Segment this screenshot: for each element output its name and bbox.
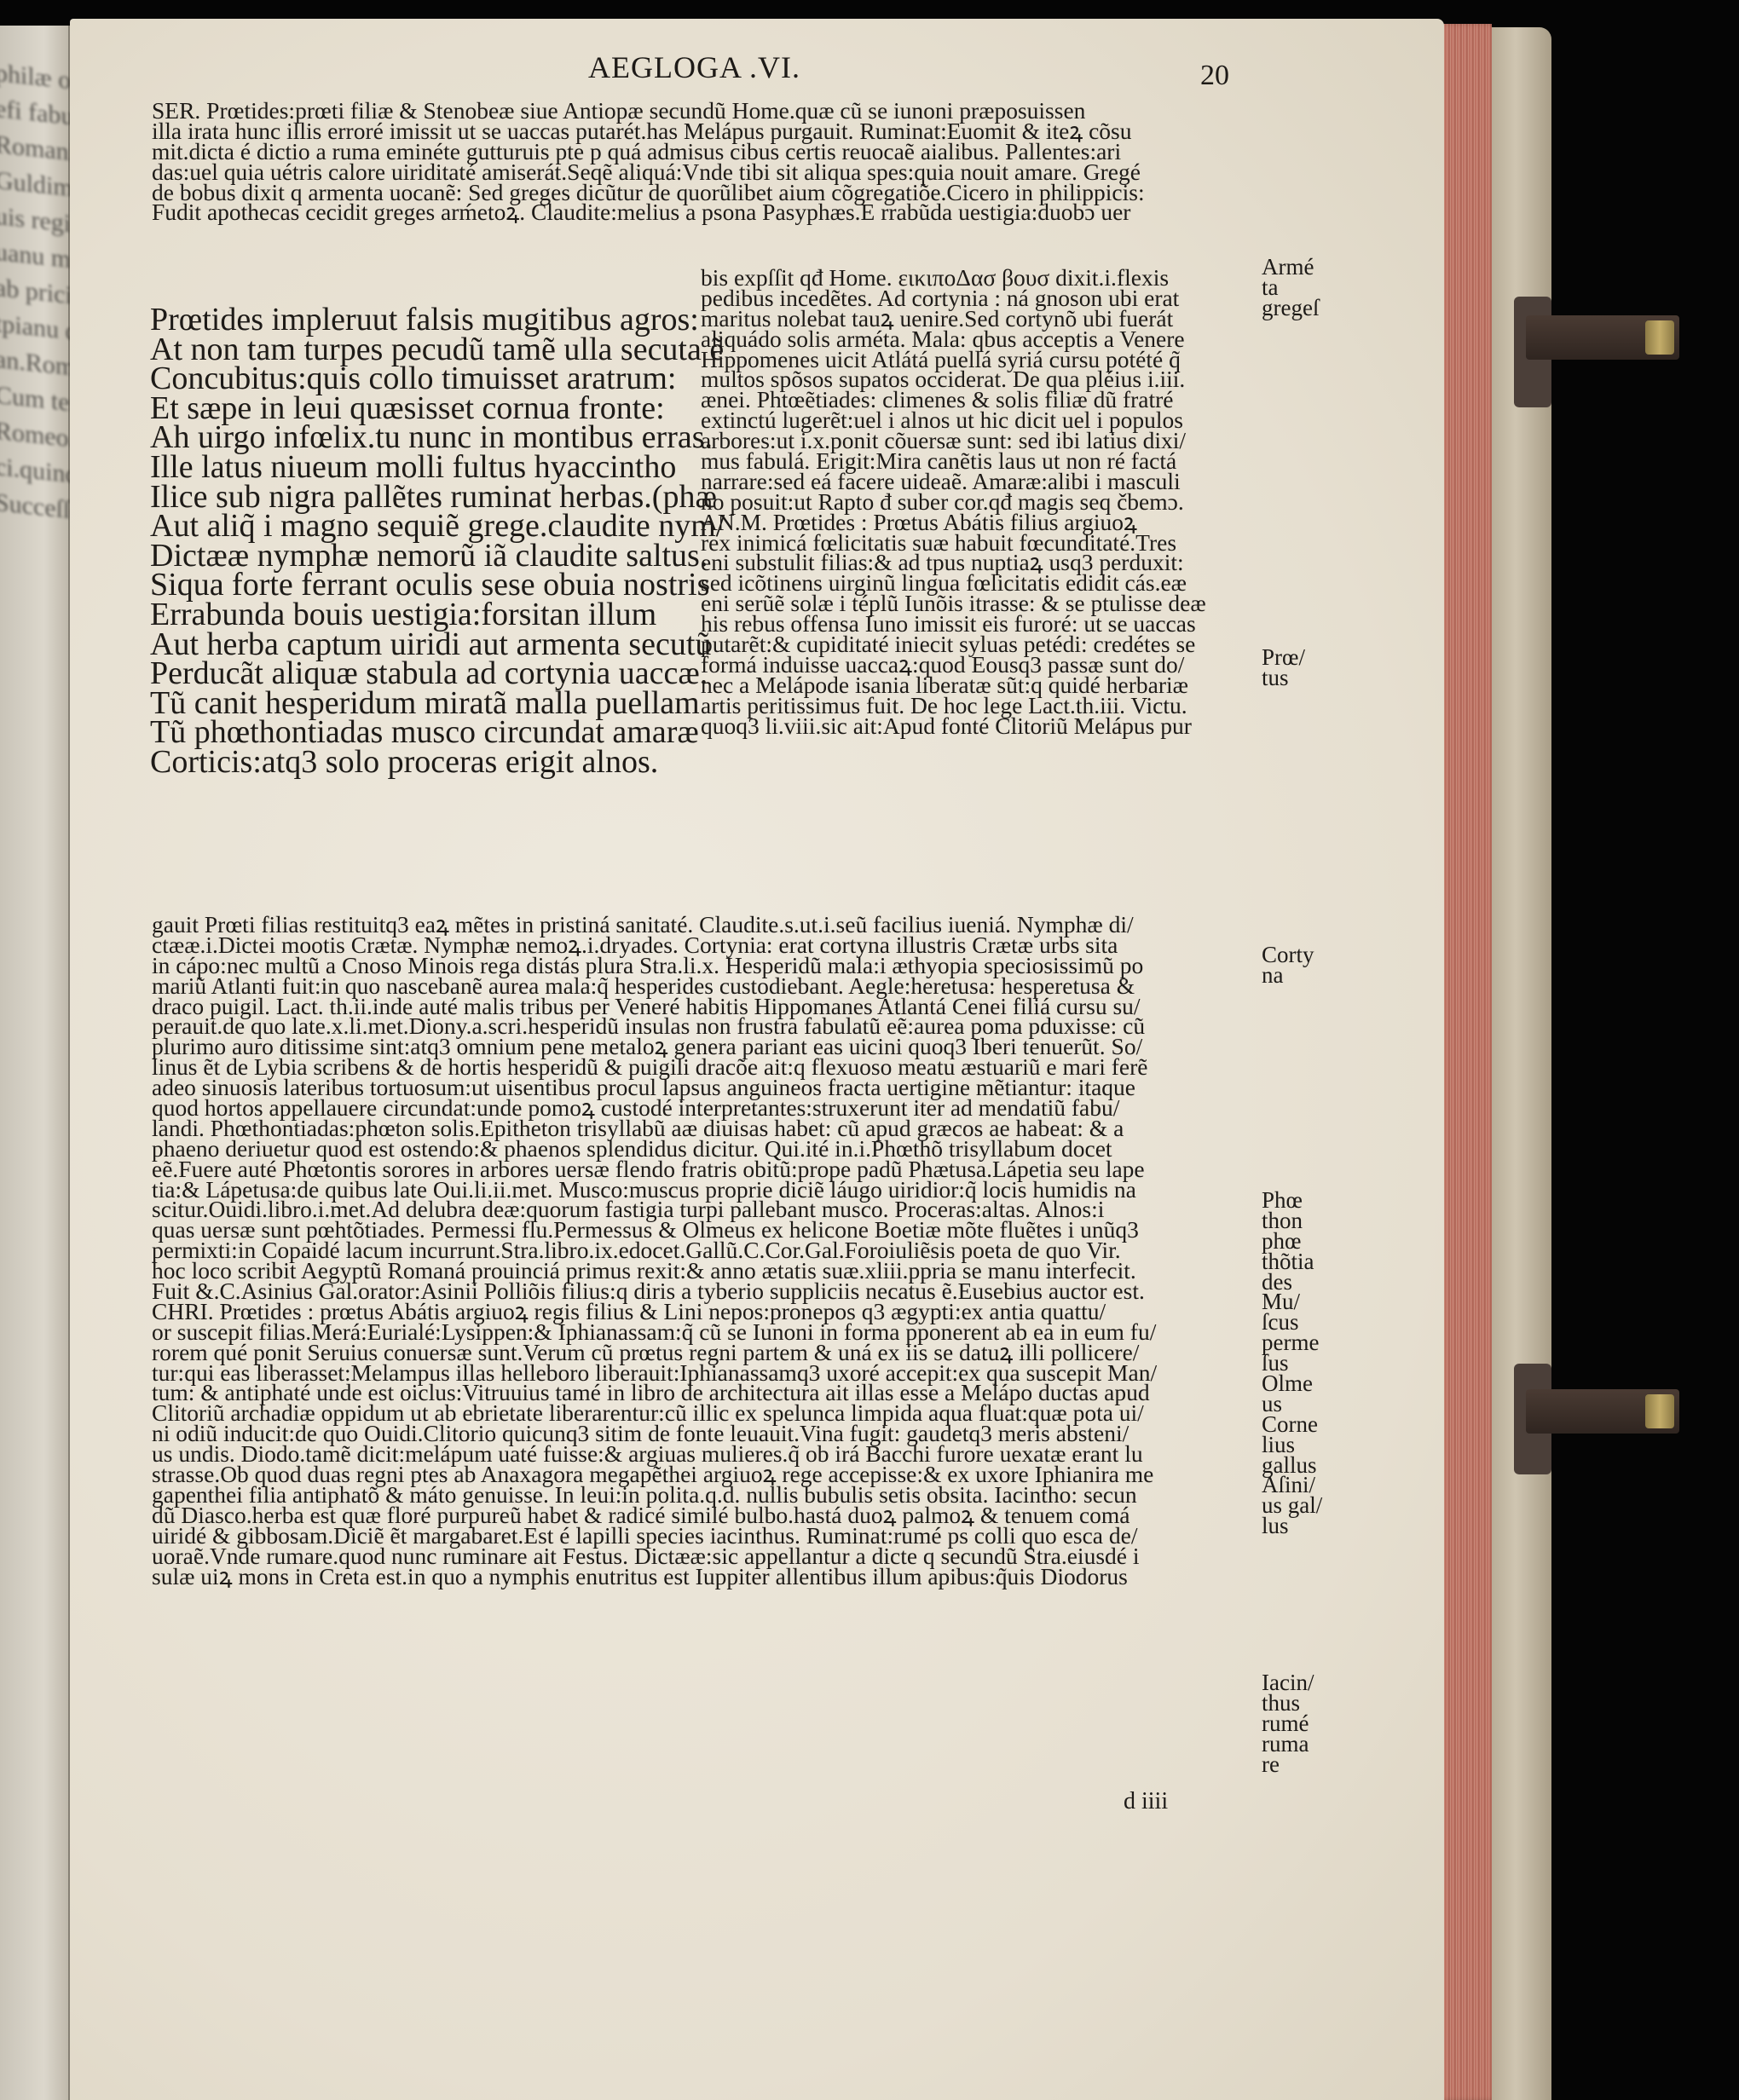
commentary-right-column: bis expſſit qđ Home. εικιποΔασ βουσ dixi… [701,268,1206,736]
margin-note: Cortyna [1262,945,1314,986]
margin-note: Prœ/tus [1262,648,1305,689]
verse-line: At non tam turpes pecudũ tamẽ ulla secut… [150,335,725,365]
margin-note: Armétagregeſ [1262,257,1319,319]
verse-line: Errabunda bouis uestigia:forsitan illum [150,600,725,630]
verse-line: Dictææ nymphæ nemorũ iã claudite saltus. [150,541,725,571]
brass-clasp-tip [1645,320,1674,355]
folio-number: 20 [1200,60,1229,92]
commentary-top: SER. Prœtides:prœti filiæ & Stenobeæ siu… [152,101,1145,222]
margin-note-line: tus [1262,668,1305,689]
verse-text: Prœtides impleruut falsis mugitibus agro… [150,305,725,777]
running-head: AEGLOGA .VI. [588,49,800,85]
margin-note: Iacin/thusrumérumare [1262,1673,1314,1774]
margin-note-line: na [1262,966,1314,986]
brass-clasp-tip [1645,1394,1674,1428]
clasp-strap-top [1526,315,1679,360]
verse-line: Tũ phœthontiadas musco circundat amaræ [150,718,725,747]
left-page-text: philæ ortoefi fabula.Romani cũGuldim. & … [0,55,73,530]
verse-line: Ah uirgo infœlix.tu nunc in montibus err… [150,423,725,453]
verse-line: Perducãt aliquæ stabula ad cortynia uacc… [150,659,725,689]
verse-line: Tũ canit hesperidum miratã malla puellam [150,689,725,718]
commentary-bottom: gauit Prœti filias restituitq3 eaꝝ mẽtes… [152,914,1157,1586]
verse-line: Prœtides impleruut falsis mugitibus agro… [150,305,725,335]
facing-left-page: philæ ortoefi fabula.Romani cũGuldim. & … [0,26,73,2100]
verse-line: Corticis:atq3 solo proceras erigit alnos… [150,747,725,777]
verse-line: Ille latus niueum molli fultus hyaccinth… [150,453,725,482]
verse-line: Aut aliq̃ i magno sequiẽ grege.claudite … [150,511,725,541]
verse-line: Ilice sub nigra pallẽtes ruminat herbas.… [150,482,725,512]
clasp-strap-bottom [1526,1389,1679,1434]
verse-line: Aut herba captum uiridi aut armenta secu… [150,630,725,660]
margin-note-line: gregeſ [1262,298,1319,319]
left-page-line: Succeſſorisq3 pmethei [0,485,73,530]
verse-line: Concubitus:quis collo timuisset aratrum: [150,364,725,394]
commentary-line: Fudit apothecas cecidit greges arḿetoꝝ. … [152,202,1145,222]
margin-note-line: re [1262,1755,1314,1775]
margin-note: PhœthonphœthõtiadesMu/ſcuspermeſusOlmeus… [1262,1191,1322,1537]
margin-note-line: lus [1262,1516,1322,1537]
commentary-line: quoq3 li.viii.sic ait:Apud fonté Clitori… [701,716,1206,736]
verse-line: Et sæpe in leui quæsisset cornua fronte: [150,394,725,424]
verse-line: Siqua forte ferrant oculis sese obuia no… [150,570,725,600]
signature-mark: d iiii [1124,1788,1168,1815]
commentary-line: sulæ uiꝝ mons in Creta est.in quo a nymp… [152,1566,1157,1587]
